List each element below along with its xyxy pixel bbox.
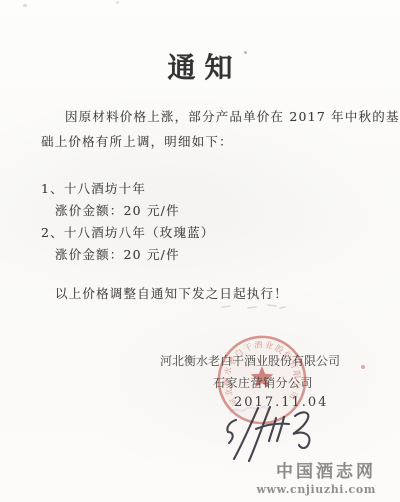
product-1-name: 1、十八酒坊十年 (41, 179, 146, 197)
product-2-name: 2、十八酒坊八年（玫瑰蓝） (41, 223, 215, 241)
product-1-price: 涨价金额：20 元/件 (55, 201, 180, 219)
scan-speck-red (361, 365, 365, 369)
handwritten-signature-image (213, 402, 321, 464)
scan-speck (244, 51, 247, 54)
scan-smudge (218, 301, 288, 311)
site-watermark: 中国酒志网 www.cnjiuzhi.com (256, 457, 376, 496)
closing-line: 以上价格调整自通知下发之日起执行！ (55, 284, 288, 302)
product-2-price: 涨价金额：20 元/件 (55, 245, 180, 263)
scanned-notice-document: 通知 因原材料价格上涨，部分产品单价在 2017 年中秋的基 础上价格有所上调，… (0, 0, 400, 502)
scan-speck (23, 4, 27, 7)
issuer-company: 河北衡水老白干酒业股份有限公司 (160, 352, 340, 369)
watermark-site-name: 中国酒志网 (256, 457, 376, 482)
body-paragraph-line-1: 因原材料价格上涨，部分产品单价在 2017 年中秋的基 (65, 107, 400, 125)
body-paragraph-line-2: 础上价格有所上调，明细如下： (41, 132, 233, 150)
notice-title: 通知 (0, 46, 400, 86)
watermark-site-url: www.cnjiuzhi.com (256, 483, 376, 496)
scan-speck (116, 1, 119, 4)
issuer-branch: 石家庄营销分公司 (213, 374, 313, 391)
